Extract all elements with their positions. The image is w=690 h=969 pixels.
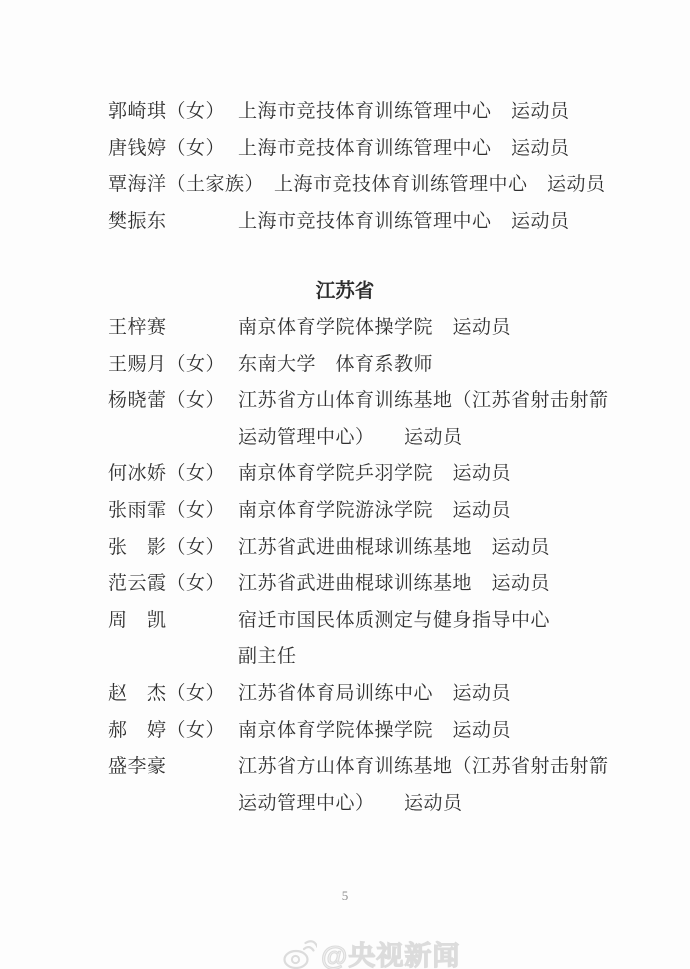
detail-line: 江苏省方山体育训练基地（江苏省射击射箭 [238,749,650,786]
table-row: 盛李豪 江苏省方山体育训练基地（江苏省射击射箭 运动管理中心） 运动员 [108,749,650,822]
person-name: 王梓赛 [108,310,238,347]
table-row: 范云霞（女） 江苏省武进曲棍球训练基地 运动员 [108,566,650,603]
table-row: 张 影（女） 江苏省武进曲棍球训练基地 运动员 [108,530,650,567]
person-detail: 江苏省体育局训练中心 运动员 [238,676,650,713]
person-detail: 上海市竞技体育训练管理中心 运动员 [274,167,650,204]
person-detail: 南京体育学院体操学院 运动员 [238,310,650,347]
section-jiangsu: 王梓赛 南京体育学院体操学院 运动员 王赐月（女） 东南大学 体育系教师 杨晓蕾… [108,310,650,822]
person-detail: 南京体育学院游泳学院 运动员 [238,493,650,530]
person-detail: 宿迁市国民体质测定与健身指导中心 副主任 [238,603,650,676]
detail-line: 江苏省体育局训练中心 运动员 [238,676,650,713]
person-name: 杨晓蕾（女） [108,383,238,420]
person-detail: 江苏省方山体育训练基地（江苏省射击射箭 运动管理中心） 运动员 [238,383,650,456]
person-detail: 上海市竞技体育训练管理中心 运动员 [238,131,650,168]
person-name: 王赐月（女） [108,347,238,384]
person-detail: 江苏省方山体育训练基地（江苏省射击射箭 运动管理中心） 运动员 [238,749,650,822]
person-detail: 上海市竞技体育训练管理中心 运动员 [238,204,650,241]
detail-line: 南京体育学院游泳学院 运动员 [238,493,650,530]
detail-line: 上海市竞技体育训练管理中心 运动员 [238,94,650,131]
person-name: 唐钱婷（女） [108,131,238,168]
section-title-jiangsu: 江苏省 [0,273,690,310]
section-shanghai: 郭崎琪（女） 上海市竞技体育训练管理中心 运动员 唐钱婷（女） 上海市竞技体育训… [108,94,650,240]
page-number: 5 [0,888,690,904]
person-name: 张 影（女） [108,530,238,567]
detail-line: 上海市竞技体育训练管理中心 运动员 [274,167,650,204]
detail-line: 运动管理中心） 运动员 [238,420,650,457]
detail-line: 南京体育学院乒羽学院 运动员 [238,456,650,493]
table-row: 周 凯 宿迁市国民体质测定与健身指导中心 副主任 [108,603,650,676]
table-row: 杨晓蕾（女） 江苏省方山体育训练基地（江苏省射击射箭 运动管理中心） 运动员 [108,383,650,456]
detail-line: 南京体育学院体操学院 运动员 [238,713,650,750]
detail-line: 上海市竞技体育训练管理中心 运动员 [238,131,650,168]
person-detail: 南京体育学院体操学院 运动员 [238,713,650,750]
table-row: 何冰娇（女） 南京体育学院乒羽学院 运动员 [108,456,650,493]
table-row: 王赐月（女） 东南大学 体育系教师 [108,347,650,384]
person-detail: 江苏省武进曲棍球训练基地 运动员 [238,566,650,603]
person-detail: 东南大学 体育系教师 [238,347,650,384]
detail-line: 运动管理中心） 运动员 [238,786,650,823]
table-row: 郝 婷（女） 南京体育学院体操学院 运动员 [108,713,650,750]
detail-line: 江苏省方山体育训练基地（江苏省射击射箭 [238,383,650,420]
person-name: 樊振东 [108,204,238,241]
detail-line: 上海市竞技体育训练管理中心 运动员 [238,204,650,241]
person-name: 覃海洋（土家族） [108,167,274,204]
document-page: 郭崎琪（女） 上海市竞技体育训练管理中心 运动员 唐钱婷（女） 上海市竞技体育训… [0,0,690,969]
detail-line: 江苏省武进曲棍球训练基地 运动员 [238,566,650,603]
detail-line: 南京体育学院体操学院 运动员 [238,310,650,347]
table-row: 唐钱婷（女） 上海市竞技体育训练管理中心 运动员 [108,131,650,168]
watermark-text: @央视新闻 [321,934,460,969]
person-name: 周 凯 [108,603,238,640]
person-name: 郝 婷（女） [108,713,238,750]
person-name: 范云霞（女） [108,566,238,603]
table-row: 郭崎琪（女） 上海市竞技体育训练管理中心 运动员 [108,94,650,131]
watermark: @央视新闻 [283,934,460,969]
person-name: 郭崎琪（女） [108,94,238,131]
table-row: 赵 杰（女） 江苏省体育局训练中心 运动员 [108,676,650,713]
detail-line: 宿迁市国民体质测定与健身指导中心 [238,603,650,640]
table-row: 王梓赛 南京体育学院体操学院 运动员 [108,310,650,347]
person-name: 盛李豪 [108,749,238,786]
detail-line: 江苏省武进曲棍球训练基地 运动员 [238,530,650,567]
person-name: 赵 杰（女） [108,676,238,713]
person-detail: 江苏省武进曲棍球训练基地 运动员 [238,530,650,567]
detail-line: 东南大学 体育系教师 [238,347,650,384]
person-name: 何冰娇（女） [108,456,238,493]
detail-line: 副主任 [238,639,650,676]
weibo-logo-icon [283,938,317,969]
person-detail: 南京体育学院乒羽学院 运动员 [238,456,650,493]
table-row: 覃海洋（土家族） 上海市竞技体育训练管理中心 运动员 [108,167,650,204]
person-detail: 上海市竞技体育训练管理中心 运动员 [238,94,650,131]
person-name: 张雨霏（女） [108,493,238,530]
table-row: 张雨霏（女） 南京体育学院游泳学院 运动员 [108,493,650,530]
table-row: 樊振东 上海市竞技体育训练管理中心 运动员 [108,204,650,241]
roster-content: 郭崎琪（女） 上海市竞技体育训练管理中心 运动员 唐钱婷（女） 上海市竞技体育训… [108,94,650,822]
